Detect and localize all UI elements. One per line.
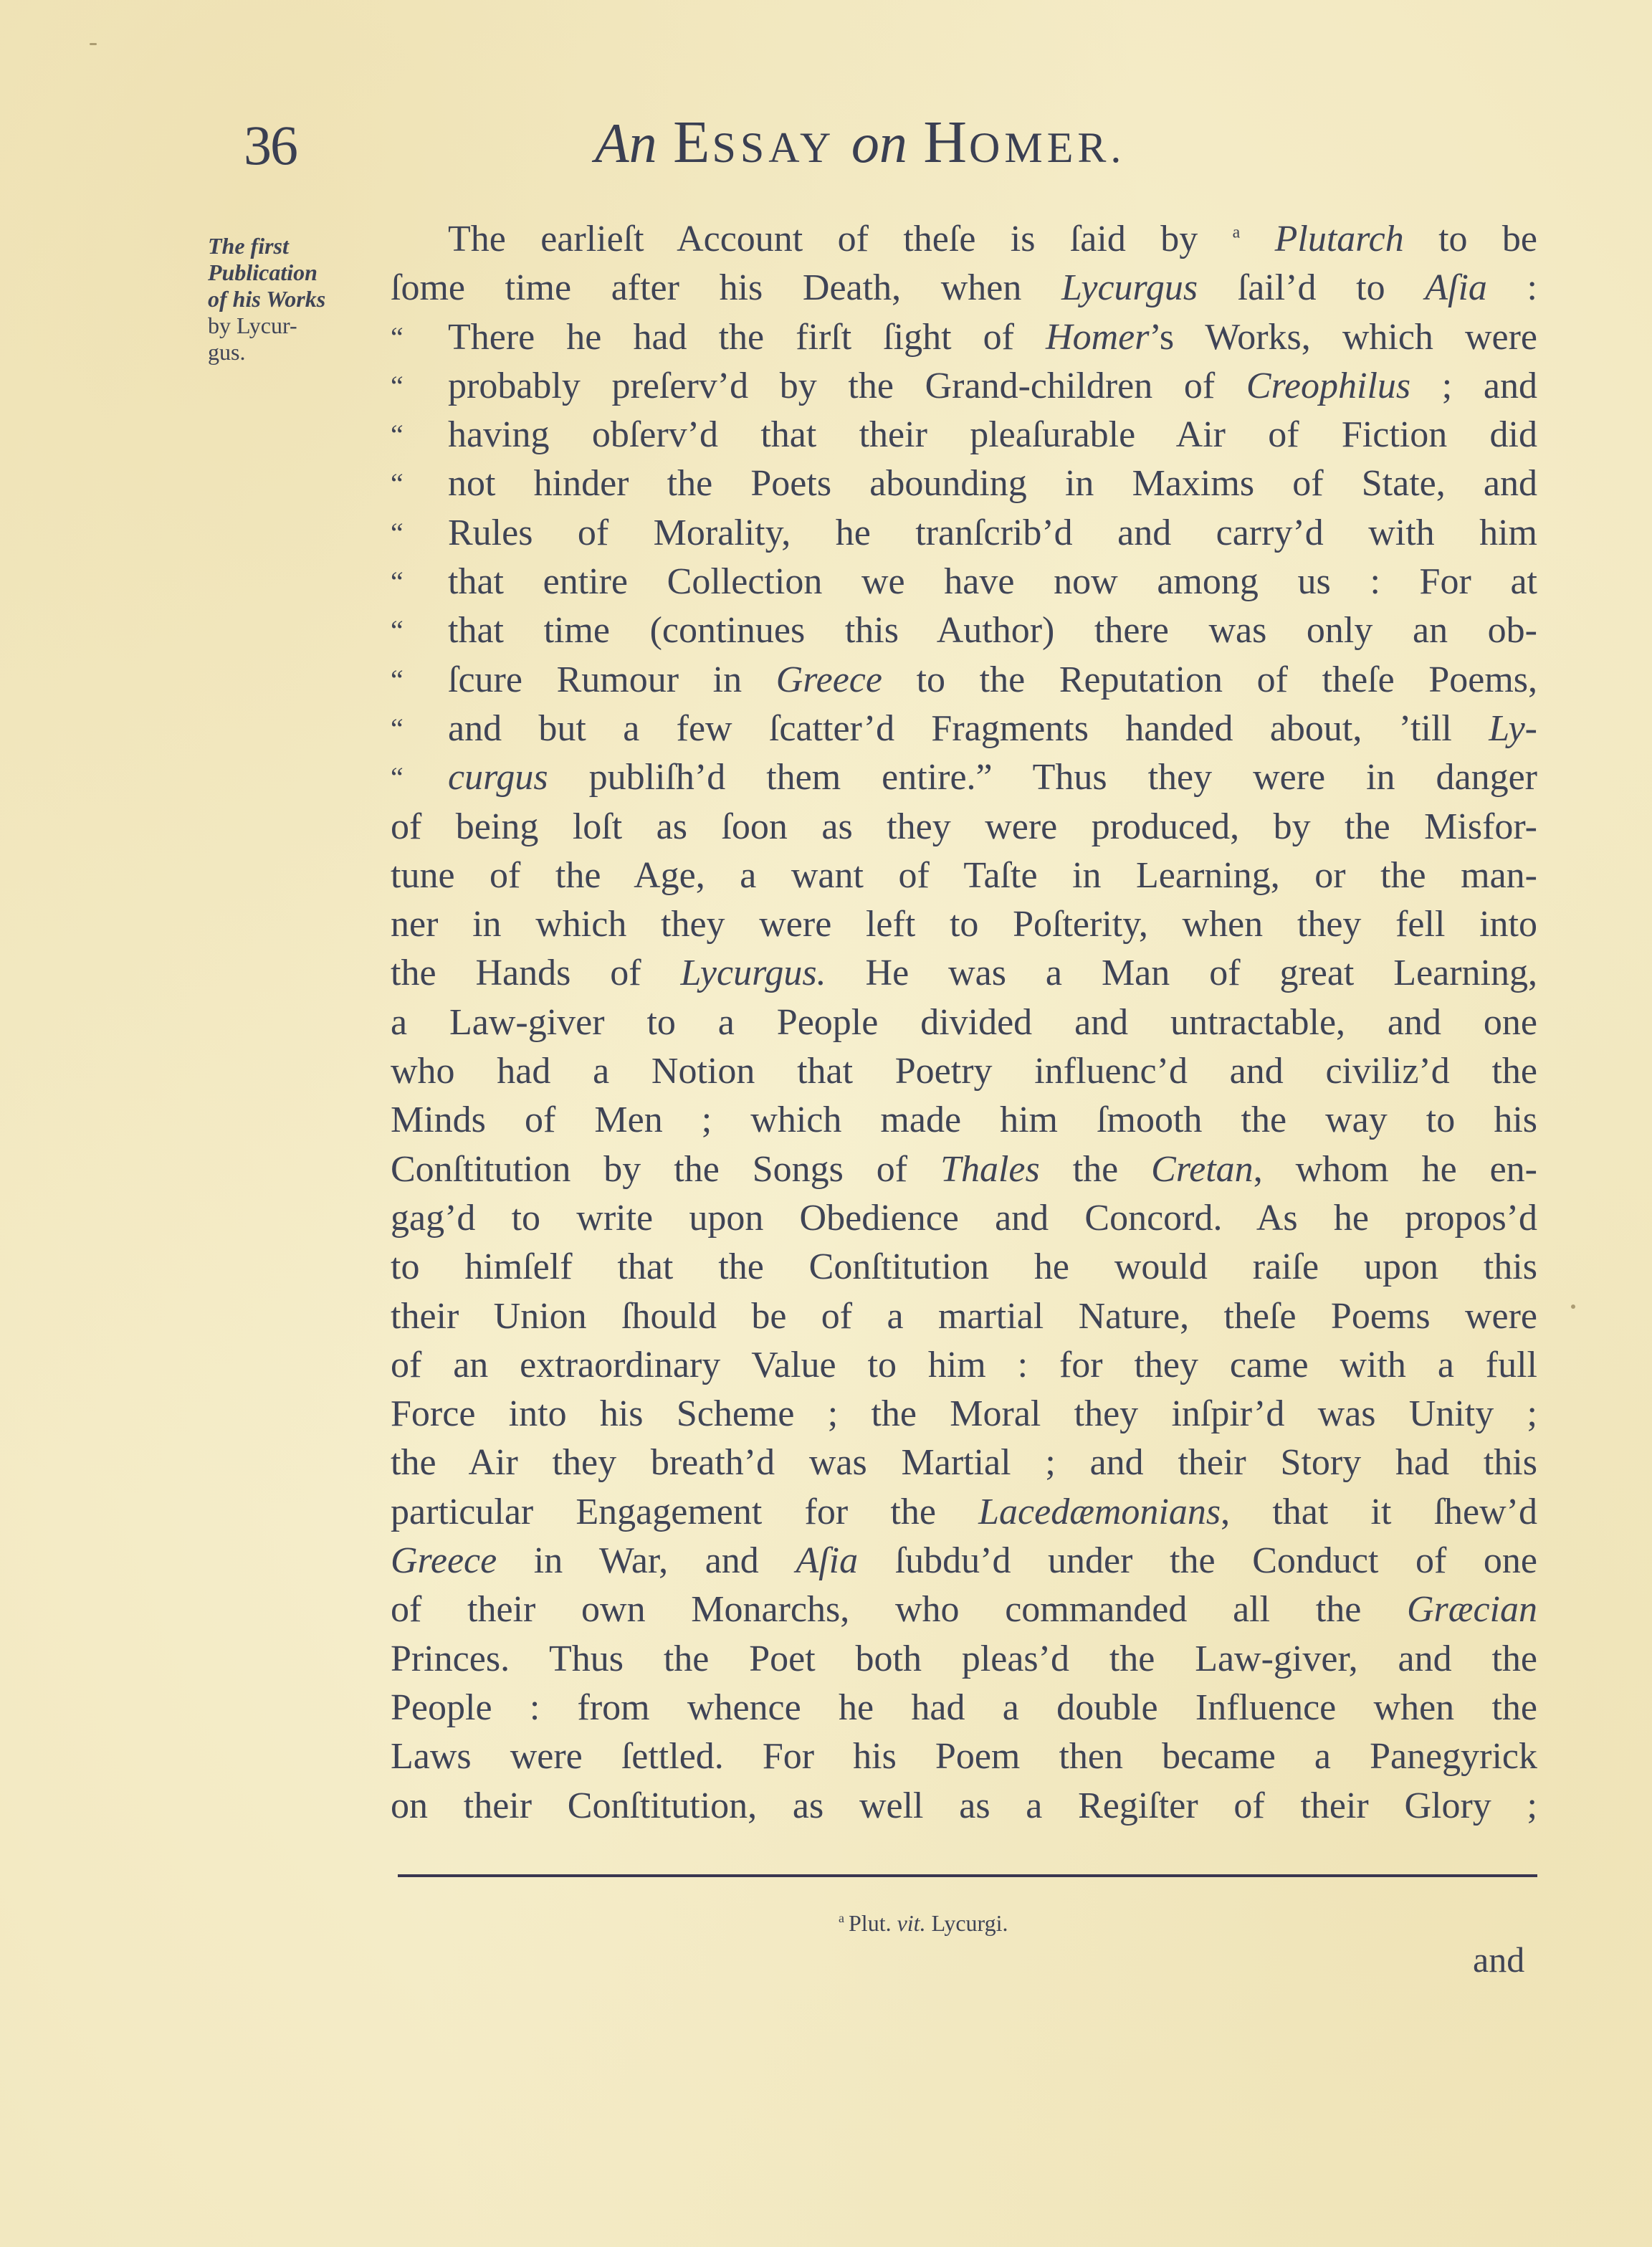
italic-text: Homer — [1046, 317, 1149, 358]
text-segment: Rules of Morality, he tranſcrib’d and ca… — [448, 512, 1537, 553]
text-line: Conſtitution by the Songs of Thales the … — [391, 1145, 1537, 1194]
italic-text: Thales — [940, 1149, 1040, 1190]
text-segment: the Hands of — [391, 953, 681, 993]
text-segment: who had a Notion that Poetry influenc’d … — [391, 1051, 1537, 1092]
text-line: their Union ſhould be of a martial Natur… — [391, 1292, 1537, 1341]
text-line: “ſcure Rumour in Greece to the Reputatio… — [391, 656, 1537, 705]
quotation-mark: “ — [391, 606, 434, 655]
text-line: the Air they breath’d was Martial ; and … — [391, 1439, 1537, 1487]
text-segment: their Union ſhould be of a martial Natur… — [391, 1296, 1537, 1337]
text-line: of their own Monarchs, who commanded all… — [391, 1585, 1537, 1634]
margin-note-line: The first — [208, 233, 380, 259]
quotation-mark: “ — [391, 411, 434, 459]
footnote-text-part: vit. — [897, 1910, 926, 1936]
catchword: and — [1473, 1939, 1524, 1980]
text-segment: Minds of Men ; which made him ſmooth the… — [391, 1099, 1537, 1140]
italic-text: Lycurgus. — [681, 953, 826, 993]
text-segment: The earlieſt Account of theſe is ſaid by — [448, 219, 1233, 259]
text-line: Princes. Thus the Poet both pleas’d the … — [391, 1635, 1537, 1684]
text-segment: of an extraordinary Value to him : for t… — [391, 1345, 1537, 1385]
text-line: “There he had the firſt ſight of Homer’s… — [391, 313, 1537, 362]
text-segment: that time (continues this Author) there … — [448, 610, 1537, 651]
text-segment: probably preſerv’d by the Grand-children… — [448, 366, 1246, 406]
text-segment: Laws were ſettled. For his Poem then bec… — [391, 1736, 1537, 1777]
text-line: gag’d to write upon Obedience and Concor… — [391, 1194, 1537, 1243]
text-segment: in War, and — [497, 1540, 796, 1581]
page-number: 36 — [244, 113, 297, 178]
text-line: “Rules of Morality, he tranſcrib’d and c… — [391, 509, 1537, 558]
text-segment: Force into his Scheme ; the Moral they i… — [391, 1393, 1537, 1434]
text-line: of an extraordinary Value to him : for t… — [391, 1341, 1537, 1390]
text-line: a Law-giver to a People divided and untr… — [391, 998, 1537, 1047]
italic-text: Lacedæmonians — [978, 1492, 1221, 1532]
quotation-mark: “ — [391, 313, 434, 362]
text-line: “and but a few ſcatter’d Fragments hande… — [391, 705, 1537, 753]
text-segment: ſcure Rumour in — [448, 659, 776, 700]
paper-speck — [1571, 1304, 1575, 1309]
text-segment: : — [1487, 267, 1537, 308]
book-page: 36 An ESSAY on HOMER. The first Publicat… — [0, 0, 1652, 2247]
text-line: ner in which they were left to Poſterity… — [391, 900, 1537, 949]
footnote: aPlut. vit. Lycurgi. — [839, 1910, 1008, 1937]
quotation-mark: “ — [391, 558, 434, 606]
title-word-an: An — [595, 112, 657, 174]
text-line: “that time (continues this Author) there… — [391, 606, 1537, 655]
marginal-note: The first Publication of his Works by Ly… — [208, 233, 380, 366]
text-segment: to the Reputation of theſe Poems, — [882, 659, 1537, 700]
body-text: The earlieſt Account of theſe is ſaid by… — [391, 215, 1537, 1831]
text-line: to himſelf that the Conſtitution he woul… — [391, 1243, 1537, 1292]
paper-speck — [90, 43, 97, 45]
text-line: of being loſt as ſoon as they were produ… — [391, 803, 1537, 851]
text-line: who had a Notion that Poetry influenc’d … — [391, 1047, 1537, 1096]
text-segment: People : from whence he had a double Inf… — [391, 1687, 1537, 1728]
italic-text: Græcian — [1407, 1589, 1537, 1630]
running-head: 36 An ESSAY on HOMER. — [244, 108, 1534, 194]
text-line: “probably preſerv’d by the Grand-childre… — [391, 362, 1537, 411]
text-segment: , whom he en- — [1254, 1149, 1537, 1190]
text-segment: the — [1040, 1149, 1151, 1190]
text-line: ſome time after his Death, when Lycurgus… — [391, 264, 1537, 313]
text-segment: Princes. Thus the Poet both pleas’d the … — [391, 1638, 1537, 1679]
running-title: An ESSAY on HOMER. — [595, 108, 1125, 177]
italic-text: Aſia — [1425, 267, 1487, 308]
text-line: Minds of Men ; which made him ſmooth the… — [391, 1096, 1537, 1145]
text-segment: to himſelf that the Conſtitution he woul… — [391, 1246, 1537, 1287]
italic-text: Aſia — [796, 1540, 858, 1581]
text-segment: , that it ſhew’d — [1221, 1492, 1537, 1532]
text-line: on their Conſtitution, as well as a Regi… — [391, 1782, 1537, 1831]
text-segment: having obſerv’d that their pleaſurable A… — [448, 414, 1537, 455]
quotation-mark: “ — [391, 509, 434, 558]
text-line: “having obſerv’d that their pleaſurable … — [391, 411, 1537, 459]
text-line: “not hinder the Poets abounding in Maxim… — [391, 459, 1537, 508]
title-initial-e: E — [673, 109, 712, 176]
text-line: People : from whence he had a double Inf… — [391, 1684, 1537, 1732]
title-word-homer-rest: OMER. — [969, 124, 1125, 171]
italic-text: curgus — [448, 757, 548, 798]
text-segment: Conſtitution by the Songs of — [391, 1149, 940, 1190]
text-segment: ſubdu’d under the Conduct of one — [858, 1540, 1537, 1581]
text-segment: of their own Monarchs, who commanded all… — [391, 1589, 1407, 1630]
margin-note-line: by Lycur- — [208, 313, 380, 339]
text-segment: to be — [1404, 219, 1537, 259]
title-word-essay-rest: SSAY — [712, 124, 835, 171]
footnote-text-part: Plut. — [849, 1910, 897, 1936]
margin-note-line: Publication — [208, 259, 380, 286]
quotation-mark: “ — [391, 459, 434, 508]
text-segment: and but a few ſcatter’d Fragments handed… — [448, 708, 1489, 749]
text-segment: on their Conſtitution, as well as a Regi… — [391, 1785, 1537, 1826]
italic-text: Cretan — [1151, 1149, 1254, 1190]
text-line: The earlieſt Account of theſe is ſaid by… — [391, 215, 1537, 264]
text-line: the Hands of Lycurgus. He was a Man of g… — [391, 949, 1537, 998]
quotation-mark: “ — [391, 362, 434, 411]
text-segment: not hinder the Poets abounding in Maxims… — [448, 463, 1537, 504]
title-word-on: on — [851, 112, 907, 174]
text-segment: that entire Collection we have now among… — [448, 561, 1537, 602]
italic-text: Creophilus — [1246, 366, 1410, 406]
text-line: particular Engagement for the Lacedæmoni… — [391, 1488, 1537, 1537]
text-segment: gag’d to write upon Obedience and Concor… — [391, 1198, 1537, 1239]
title-initial-h: H — [923, 109, 969, 176]
text-segment: There he had the firſt ſight of — [448, 317, 1046, 358]
footnote-reference: a — [1233, 224, 1241, 242]
margin-note-line: gus. — [208, 339, 380, 366]
text-segment: of being loſt as ſoon as they were produ… — [391, 806, 1537, 847]
text-line: Force into his Scheme ; the Moral they i… — [391, 1390, 1537, 1439]
italic-text: Plutarch — [1240, 219, 1403, 259]
text-segment: tune of the Age, a want of Taſte in Lear… — [391, 855, 1537, 896]
italic-text: Lycurgus — [1061, 267, 1198, 308]
quotation-mark: “ — [391, 656, 434, 705]
text-segment: publiſh’d them entire.” Thus they were i… — [548, 757, 1537, 798]
text-line: Greece in War, and Aſia ſubdu’d under th… — [391, 1537, 1537, 1585]
text-line: “curgus publiſh’d them entire.” Thus the… — [391, 753, 1537, 802]
text-line: “that entire Collection we have now amon… — [391, 558, 1537, 606]
quotation-mark: “ — [391, 753, 434, 802]
text-segment: the Air they breath’d was Martial ; and … — [391, 1442, 1537, 1483]
text-segment: ſome time after his Death, when — [391, 267, 1061, 308]
text-segment: ’s Works, which were — [1149, 317, 1537, 358]
footnote-divider — [398, 1874, 1537, 1877]
text-segment: particular Engagement for the — [391, 1492, 978, 1532]
text-segment: He was a Man of great Learning, — [826, 953, 1537, 993]
margin-note-line: of his Works — [208, 286, 380, 313]
quotation-mark: “ — [391, 705, 434, 753]
text-segment: ner in which they were left to Poſterity… — [391, 904, 1537, 945]
text-segment: a Law-giver to a People divided and untr… — [391, 1002, 1537, 1043]
italic-text: Greece — [776, 659, 882, 700]
italic-text: Ly- — [1489, 708, 1537, 749]
text-segment: ; and — [1410, 366, 1537, 406]
italic-text: Greece — [391, 1540, 497, 1581]
footnote-marker: a — [839, 1911, 844, 1925]
text-segment: ſail’d to — [1198, 267, 1425, 308]
footnote-text-part: Lycurgi. — [926, 1910, 1008, 1936]
text-line: tune of the Age, a want of Taſte in Lear… — [391, 851, 1537, 900]
text-line: Laws were ſettled. For his Poem then bec… — [391, 1732, 1537, 1781]
